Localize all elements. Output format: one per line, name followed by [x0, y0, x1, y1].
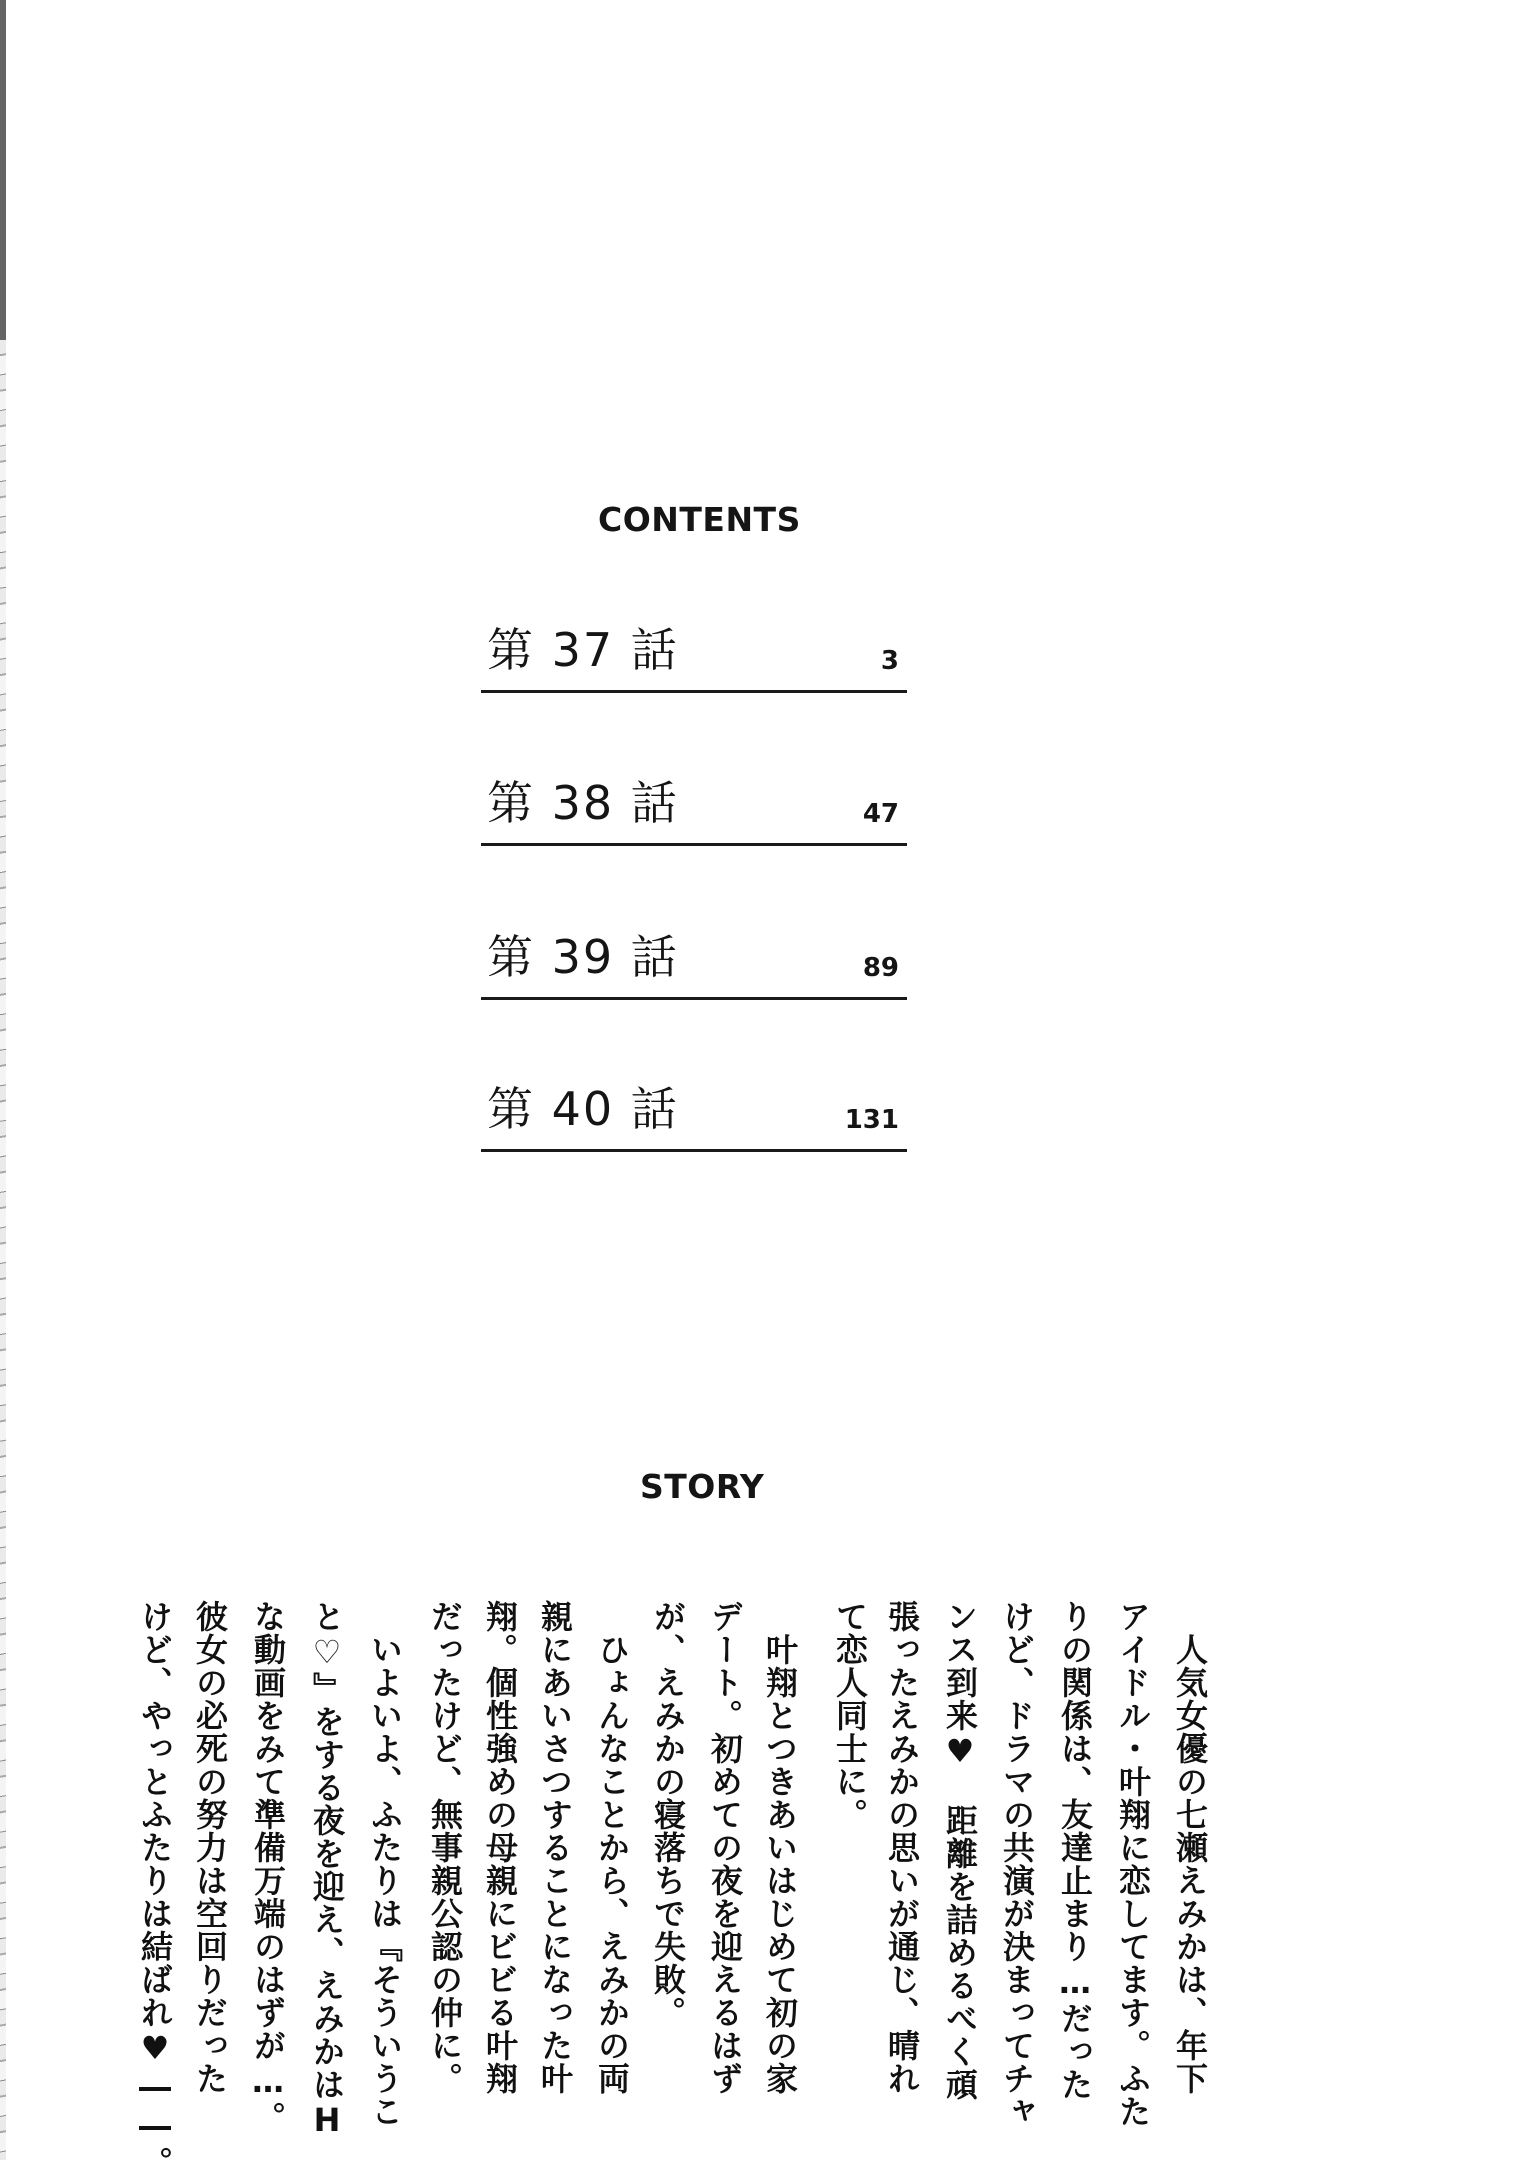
- story-column: アイドル・叶翔に恋してます。ふた: [1113, 1600, 1153, 2050]
- story-column: りの関係は、友達止まり…だった: [1055, 1600, 1095, 2050]
- story-column: 叶翔とつきあいはじめて初の家: [760, 1600, 800, 2083]
- story-column: いよいよ、ふたりは『そういうこ: [365, 1600, 405, 2083]
- story-column: ンス到来♥ 距離を詰めるべく頑: [940, 1600, 980, 2050]
- story-column: けど、ドラマの共演が決まってチャ: [997, 1600, 1037, 2050]
- toc-entry-chapter-38[interactable]: 第 38 話 47: [481, 773, 907, 846]
- story-column: 彼女の必死の努力は空回りだった: [190, 1600, 230, 2050]
- story-column: 張ったえみかの思いが通じ、晴れ: [882, 1600, 922, 2050]
- page-edge-shadow: [0, 0, 6, 340]
- story-column: 親にあいさつすることになった叶: [535, 1600, 575, 2050]
- toc-chapter-label: 第 39 話: [487, 921, 679, 987]
- story-column: 翔。個性強めの母親にビビる叶翔: [480, 1600, 520, 2050]
- contents-heading: CONTENTS: [598, 500, 801, 539]
- toc-chapter-label: 第 38 話: [487, 767, 679, 833]
- story-column: デート。初めての夜を迎えるはず: [705, 1600, 745, 2050]
- story-column: だったけど、無事親公認の仲に。: [425, 1600, 465, 2050]
- toc-entry-chapter-40[interactable]: 第 40 話 131: [481, 1079, 907, 1152]
- toc-chapter-label: 第 40 話: [487, 1073, 679, 1139]
- story-heading: STORY: [640, 1467, 764, 1506]
- story-column: な動画をみて準備万端のはずが…。: [248, 1600, 288, 2050]
- toc-page-number: 131: [845, 1105, 899, 1135]
- toc-page-number: 47: [863, 799, 899, 829]
- adjacent-page-artwork-strip: [0, 340, 6, 2160]
- toc-chapter-label: 第 37 話: [487, 614, 679, 680]
- story-column: けど、やっとふたりは結ばれ♥――。: [135, 1600, 175, 2050]
- story-column: 人気女優の七瀬えみかは、年下: [1170, 1600, 1210, 2083]
- toc-page-number: 89: [863, 953, 899, 983]
- toc-entry-chapter-39[interactable]: 第 39 話 89: [481, 927, 907, 1000]
- story-synopsis: 人気女優の七瀬えみかは、年下 アイドル・叶翔に恋してます。ふた りの関係は、友達…: [130, 1600, 1220, 2050]
- toc-page-number: 3: [881, 646, 899, 676]
- story-column: と♡』をする夜を迎え、えみかはH: [307, 1600, 347, 2050]
- story-column: て恋人同士に。: [830, 1600, 870, 2050]
- story-column: ひょんなことから、えみかの両: [592, 1600, 632, 2083]
- toc-entry-chapter-37[interactable]: 第 37 話 3: [481, 620, 907, 693]
- story-column: が、えみかの寝落ちで失敗。: [648, 1600, 688, 2050]
